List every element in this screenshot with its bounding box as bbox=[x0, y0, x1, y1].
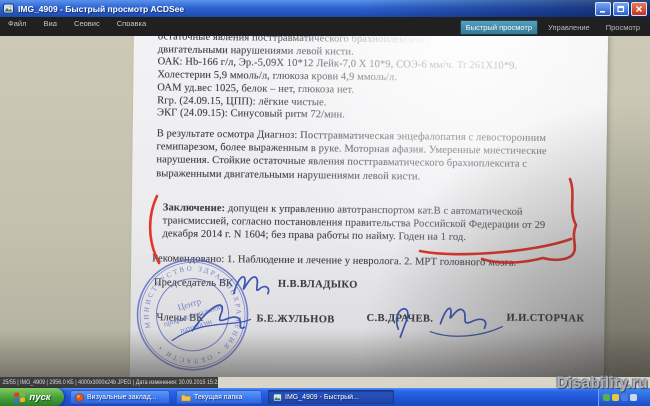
window-title: IMG_4909 - Быстрый просмотр ACDSee bbox=[18, 4, 184, 14]
watermark: Disability.ru bbox=[557, 375, 648, 393]
signature-member bbox=[430, 326, 502, 337]
app-icon bbox=[3, 3, 14, 14]
status-text: 25/55 | IMG_4909 | 2956.0 КБ | 4000x3000… bbox=[0, 379, 246, 386]
tab-quick-view[interactable]: Быстрый просмотр bbox=[460, 20, 538, 35]
start-label: пуск bbox=[29, 392, 50, 403]
recommendation-line: Рекомендовано: 1. Наблюдение и лечение у… bbox=[152, 253, 516, 268]
tray-update-icon[interactable] bbox=[612, 394, 619, 401]
folder-icon bbox=[181, 393, 191, 402]
signature-chairman bbox=[234, 277, 269, 294]
taskbar-item-acdsee[interactable]: IMG_4909 - Быстрый... bbox=[268, 390, 394, 404]
mode-tabs: Быстрый просмотр Управление Просмотр bbox=[460, 20, 646, 35]
minimize-button[interactable] bbox=[595, 2, 611, 16]
tab-manage[interactable]: Управление bbox=[542, 20, 596, 35]
chairman-label: Председатель ВК bbox=[154, 277, 233, 289]
document-photo: остаточные явления посттравматического б… bbox=[129, 36, 608, 377]
member-name: С.В.ДРАЧЕВ. bbox=[366, 313, 433, 325]
conclusion-label: Заключение: bbox=[163, 202, 225, 214]
diagnosis-paragraph: В результате осмотра Диагноз: Посттравма… bbox=[156, 127, 547, 185]
chairman-name: Н.В.ВЛАДЫКО bbox=[278, 279, 358, 291]
clinical-findings-block: остаточные явления посттравматического б… bbox=[157, 36, 518, 125]
tab-view[interactable]: Просмотр bbox=[600, 20, 646, 35]
toolbar-background bbox=[0, 26, 150, 36]
title-bar: IMG_4909 - Быстрый просмотр ACDSee bbox=[0, 0, 650, 17]
bookmark-icon bbox=[75, 393, 84, 402]
start-button[interactable]: пуск bbox=[0, 388, 64, 406]
taskbar: пуск Визуальные заклад... Текущая папка … bbox=[0, 388, 650, 406]
photo-viewer: остаточные явления посттравматического б… bbox=[0, 36, 650, 377]
status-info: 25/55 | IMG_4909 | 2956.0 КБ | 4000x3000… bbox=[0, 377, 218, 388]
member-name: И.И.СТОРЧАК bbox=[506, 313, 584, 325]
signature-member bbox=[440, 308, 485, 328]
taskbar-item-label: Текущая папка bbox=[194, 394, 242, 401]
restore-button[interactable] bbox=[613, 2, 629, 16]
acdsee-window: IMG_4909 - Быстрый просмотр ACDSee Файл … bbox=[0, 0, 650, 406]
window-controls bbox=[595, 2, 647, 16]
taskbar-item-folder[interactable]: Текущая папка bbox=[176, 390, 262, 404]
tray-volume-icon[interactable] bbox=[630, 394, 637, 401]
taskbar-item-bookmarks[interactable]: Визуальные заклад... bbox=[70, 390, 170, 404]
members-label: Члены ВК bbox=[156, 312, 203, 324]
image-icon bbox=[273, 393, 282, 402]
tray-antivirus-icon[interactable] bbox=[603, 394, 610, 401]
taskbar-item-label: Визуальные заклад... bbox=[87, 394, 157, 401]
windows-logo-icon bbox=[13, 391, 26, 404]
stamp-center-line: Центр bbox=[176, 296, 202, 313]
close-button[interactable] bbox=[631, 2, 647, 16]
status-bar: 25/55 | IMG_4909 | 2956.0 КБ | 4000x3000… bbox=[0, 377, 650, 388]
tray-network-icon[interactable] bbox=[621, 394, 628, 401]
member-name: Б.Е.ЖУЛЬНОВ bbox=[256, 314, 334, 326]
taskbar-item-label: IMG_4909 - Быстрый... bbox=[285, 394, 359, 401]
conclusion-paragraph: Заключение: допущен к управлению автотра… bbox=[162, 201, 545, 245]
